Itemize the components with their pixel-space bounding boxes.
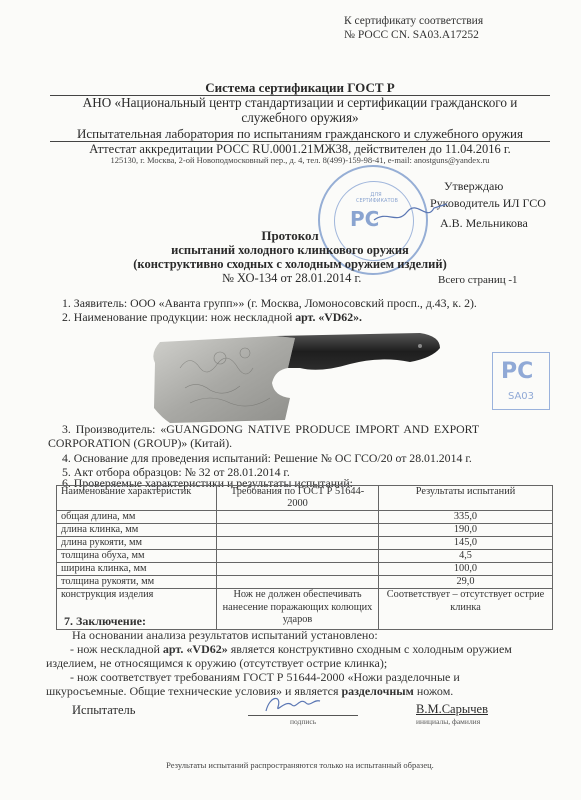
signature-caption: подпись bbox=[290, 717, 316, 726]
protocol-title: Протокол bbox=[100, 228, 480, 244]
table-cell: 100,0 bbox=[379, 563, 553, 576]
product-article: арт. «VD62». bbox=[295, 310, 362, 324]
protocol-number: № ХО-134 от 28.01.2014 г. bbox=[222, 271, 361, 286]
rst-square-stamp: РС SA03 bbox=[492, 352, 550, 410]
table-cell: 4,5 bbox=[379, 550, 553, 563]
certificate-document: К сертификату соответствия № РОСС CN. SA… bbox=[0, 0, 581, 800]
table-cell: длина клинка, мм bbox=[57, 524, 217, 537]
table-row: толщина обуха, мм 4,5 bbox=[57, 550, 553, 563]
table-row: толщина рукояти, мм 29,0 bbox=[57, 576, 553, 589]
product-name: 2. Наименование продукции: нож нескладно… bbox=[62, 310, 362, 325]
certificate-reference: К сертификату соответствия № РОСС CN. SA… bbox=[344, 14, 483, 42]
approver-signature-icon bbox=[372, 200, 452, 230]
address-line: 125130, г. Москва, 2-ой Новоподмосковный… bbox=[40, 155, 560, 165]
footer-note: Результаты испытаний распространяются то… bbox=[40, 760, 560, 770]
organization-line2: служебного оружия» bbox=[40, 110, 560, 125]
table-row: общая длина, мм 335,0 bbox=[57, 511, 553, 524]
table-cell bbox=[217, 511, 379, 524]
conclusion-emphasis: разделочным bbox=[341, 684, 413, 698]
protocol-subtitle-1: испытаний холодного клинкового оружия bbox=[100, 243, 480, 258]
results-table: Наименование характеристик Требования по… bbox=[56, 485, 553, 630]
conclusion-text: - нож нескладной bbox=[70, 642, 163, 656]
approval-label: Утверждаю bbox=[444, 179, 503, 194]
reference-line1: К сертификату соответствия bbox=[344, 14, 483, 28]
conclusion-point1-line2: изделием, не относящимся к оружию (отсут… bbox=[46, 656, 387, 671]
tester-label: Испытатель bbox=[72, 703, 135, 718]
tester-name: В.М.Сарычев bbox=[416, 702, 488, 717]
table-cell: толщина рукояти, мм bbox=[57, 576, 217, 589]
table-header-cell: Наименование характеристик bbox=[57, 486, 217, 511]
name-caption: инициалы, фамилия bbox=[416, 717, 480, 726]
table-row: длина рукояти, мм 145,0 bbox=[57, 537, 553, 550]
product-name-label: 2. Наименование продукции: нож нескладно… bbox=[62, 310, 295, 324]
signature-line bbox=[248, 715, 358, 716]
table-cell: ширина клинка, мм bbox=[57, 563, 217, 576]
table-header-cell: Результаты испытаний bbox=[379, 486, 553, 511]
table-cell: 145,0 bbox=[379, 537, 553, 550]
table-header-row: Наименование характеристик Требования по… bbox=[57, 486, 553, 511]
knife-photo bbox=[150, 328, 450, 423]
table-cell: 190,0 bbox=[379, 524, 553, 537]
protocol-subtitle-2: (конструктивно сходных с холодным оружие… bbox=[80, 257, 500, 272]
conclusion-point2-line2: шкуросъемные. Общие технические условия»… bbox=[46, 684, 453, 699]
organization-line1: АНО «Национальный центр стандартизации и… bbox=[40, 95, 560, 110]
manufacturer-line2: CORPORATION (GROUP)» (Китай). bbox=[48, 436, 232, 451]
table-cell: толщина обуха, мм bbox=[57, 550, 217, 563]
table-cell bbox=[217, 576, 379, 589]
product-article: арт. «VD62» bbox=[163, 642, 228, 656]
table-cell: 29,0 bbox=[379, 576, 553, 589]
tester-signature-icon bbox=[262, 693, 322, 717]
conclusion-text: является конструктивно сходным с холодны… bbox=[228, 642, 512, 656]
table-cell bbox=[217, 524, 379, 537]
conclusion-intro: На основании анализа результатов испытан… bbox=[72, 628, 378, 643]
table-row: длина клинка, мм 190,0 bbox=[57, 524, 553, 537]
conclusion-title: 7. Заключение: bbox=[64, 614, 146, 629]
manufacturer-line1: 3. Производитель: «GUANGDONG NATIVE PROD… bbox=[62, 422, 479, 437]
table-cell: Нож не должен обеспечивать нанесение пор… bbox=[217, 589, 379, 630]
test-basis: 4. Основание для проведения испытаний: Р… bbox=[62, 451, 472, 466]
reference-line2: № РОСС CN. SA03.A17252 bbox=[344, 28, 483, 42]
table-cell: общая длина, мм bbox=[57, 511, 217, 524]
stamp-code: SA03 bbox=[493, 391, 549, 402]
page-count: Всего страниц -1 bbox=[438, 274, 518, 286]
conclusion-point2: - нож соответствует требованиям ГОСТ Р 5… bbox=[70, 670, 460, 685]
rst-logo-icon: РС bbox=[501, 359, 533, 384]
laboratory-name: Испытательная лаборатория по испытаниям … bbox=[40, 126, 560, 142]
conclusion-text: ножом. bbox=[414, 684, 453, 698]
table-cell bbox=[217, 563, 379, 576]
table-cell bbox=[217, 537, 379, 550]
table-cell: длина рукояти, мм bbox=[57, 537, 217, 550]
applicant: 1. Заявитель: ООО «Аванта групп»» (г. Мо… bbox=[62, 296, 477, 311]
table-cell bbox=[217, 550, 379, 563]
table-cell: Соответствует – отсутствует острие клинк… bbox=[379, 589, 553, 630]
table-row: ширина клинка, мм 100,0 bbox=[57, 563, 553, 576]
organization-name: АНО «Национальный центр стандартизации и… bbox=[40, 95, 560, 125]
table-header-cell: Требования по ГОСТ Р 51644-2000 bbox=[217, 486, 379, 511]
certification-system-title: Система сертификации ГОСТ Р bbox=[40, 80, 560, 96]
conclusion-point1: - нож нескладной арт. «VD62» является ко… bbox=[70, 642, 512, 657]
table-cell: 335,0 bbox=[379, 511, 553, 524]
